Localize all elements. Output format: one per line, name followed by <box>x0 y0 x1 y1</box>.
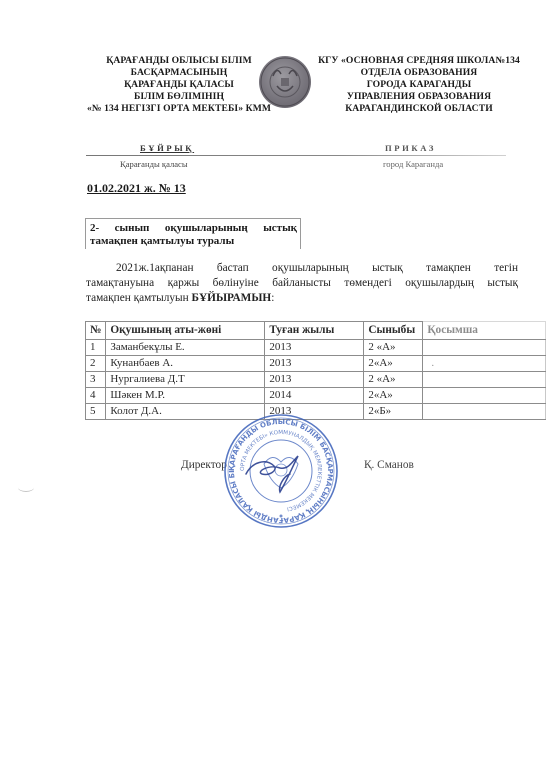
cell-notes <box>423 388 546 404</box>
cell-birth-year: 2013 <box>265 372 364 388</box>
header-divider <box>86 155 506 156</box>
official-stamp-icon: ҚАРАҒАНДЫ ОБЛЫСЫ БІЛІМ БАСҚАРМАСЫНЫҢ ҚАР… <box>222 412 340 530</box>
city-ru: город Караганда <box>383 159 443 169</box>
subject-line: 2- сынып оқушыларының ыстық <box>90 222 297 235</box>
order-body: 2021ж.1ақпанан бастап оқушыларының ыстық… <box>86 261 518 306</box>
cell-notes: . <box>423 356 546 372</box>
header-kz-line: БІЛІМ БӨЛІМІНІҢ <box>84 91 274 103</box>
table-row: 1 Заманбекұлы Е. 2013 2 «А» <box>86 340 546 356</box>
header-ru-line: УПРАВЛЕНИЯ ОБРАЗОВАНИЯ <box>316 91 522 103</box>
state-emblem-icon <box>259 56 311 108</box>
cell-notes <box>423 340 546 356</box>
body-line: тамақтануына қаржы бөлінуіне байланысты … <box>86 276 518 291</box>
header-russian-org: КГУ «ОСНОВНАЯ СРЕДНЯЯ ШКОЛА№134 ОТДЕЛА О… <box>316 55 522 115</box>
cell-class: 2«А» <box>364 388 423 404</box>
cell-class: 2 «А» <box>364 340 423 356</box>
cell-notes <box>423 372 546 388</box>
order-subject: 2- сынып оқушыларының ыстық тамақпен қам… <box>85 218 301 249</box>
column-header-number: № <box>86 322 106 340</box>
header-ru-line: ГОРОДА КАРАГАНДЫ <box>316 79 522 91</box>
header-kz-line: ҚАРАҒАНДЫ ҚАЛАСЫ <box>84 79 274 91</box>
subject-line: тамақпен қамтылуы туралы <box>90 235 297 248</box>
header-kz-line: ҚАРАҒАНДЫ ОБЛЫСЫ БІЛІМ <box>84 55 274 67</box>
cell-class: 2«А» <box>364 356 423 372</box>
cell-number: 2 <box>86 356 106 372</box>
city-kz: Қарағанды қаласы <box>120 159 188 169</box>
header-kz-line: БАСҚАРМАСЫНЫҢ <box>84 67 274 79</box>
column-header-class: Сыныбы <box>364 322 423 340</box>
cell-name: Заманбекұлы Е. <box>106 340 265 356</box>
cell-notes <box>423 404 546 420</box>
cell-number: 3 <box>86 372 106 388</box>
cell-number: 5 <box>86 404 106 420</box>
order-date-number: 01.02.2021 ж. № 13 <box>87 181 186 196</box>
signatory-name: Қ. Сманов <box>364 459 414 471</box>
cell-class: 2«Б» <box>364 404 423 420</box>
students-table: № Оқушының аты-жөні Туған жылы Сыныбы Қо… <box>85 321 546 420</box>
cell-name: Кунанбаев А. <box>106 356 265 372</box>
signatory-position: Директор <box>181 459 227 471</box>
body-text-suffix: : <box>271 292 274 304</box>
cell-number: 4 <box>86 388 106 404</box>
cell-name: Шәкен М.Р. <box>106 388 265 404</box>
cell-class: 2 «А» <box>364 372 423 388</box>
order-title-ru: ПРИКАЗ <box>385 143 436 153</box>
table-header-row: № Оқушының аты-жөні Туған жылы Сыныбы Қо… <box>86 322 546 340</box>
svg-text:ОРТА МЕКТЕБІ» КОММУНАЛДЫҚ МЕМЛ: ОРТА МЕКТЕБІ» КОММУНАЛДЫҚ МЕМЛЕКЕТТІК МЕ… <box>240 430 322 512</box>
header-ru-line: ОТДЕЛА ОБРАЗОВАНИЯ <box>316 67 522 79</box>
cell-birth-year: 2013 <box>265 356 364 372</box>
header-ru-line: КГУ «ОСНОВНАЯ СРЕДНЯЯ ШКОЛА№134 <box>316 55 522 67</box>
body-line: тамақпен қамтылуын БҰЙЫРАМЫН: <box>86 291 518 306</box>
cell-birth-year: 2013 <box>265 340 364 356</box>
order-keyword: БҰЙЫРАМЫН <box>192 292 272 304</box>
cell-name: Нургалиева Д.Т <box>106 372 265 388</box>
table-row: 3 Нургалиева Д.Т 2013 2 «А» <box>86 372 546 388</box>
column-header-birth-year: Туған жылы <box>265 322 364 340</box>
table-row: 2 Кунанбаев А. 2013 2«А» . <box>86 356 546 372</box>
body-text-prefix: тамақпен қамтылуын <box>86 292 192 304</box>
table-row: 4 Шәкен М.Р. 2014 2«А» <box>86 388 546 404</box>
cell-birth-year: 2014 <box>265 388 364 404</box>
header-kazakh-org: ҚАРАҒАНДЫ ОБЛЫСЫ БІЛІМ БАСҚАРМАСЫНЫҢ ҚАР… <box>84 55 274 115</box>
header-kz-line: «№ 134 НЕГІЗГІ ОРТА МЕКТЕБІ» КММ <box>84 103 274 115</box>
binder-hole-mark <box>18 483 34 492</box>
header-ru-line: КАРАГАНДИНСКОЙ ОБЛАСТИ <box>316 103 522 115</box>
column-header-name: Оқушының аты-жөні <box>106 322 265 340</box>
order-title-kz: БҰЙРЫҚ <box>140 143 194 153</box>
cell-number: 1 <box>86 340 106 356</box>
column-header-notes: Қосымша <box>423 322 546 340</box>
document-page: ҚАРАҒАНДЫ ОБЛЫСЫ БІЛІМ БАСҚАРМАСЫНЫҢ ҚАР… <box>0 0 558 768</box>
body-line: 2021ж.1ақпанан бастап оқушыларының ыстық… <box>86 261 518 276</box>
